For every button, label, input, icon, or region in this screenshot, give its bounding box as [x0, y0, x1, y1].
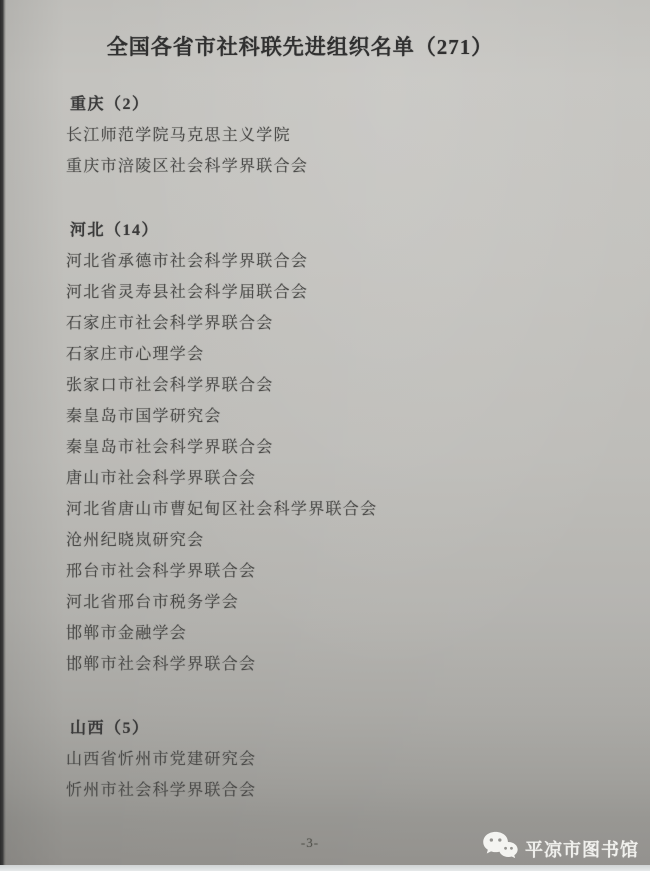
list-item: 邢台市社会科学界联合会	[66, 556, 620, 587]
list-item: 河北省唐山市曹妃甸区社会科学界联合会	[66, 494, 620, 525]
page-edge-shadow	[0, 0, 6, 871]
list-item: 长江师范学院马克思主义学院	[66, 120, 620, 151]
wechat-icon	[482, 831, 518, 866]
list-item: 河北省承德市社会科学界联合会	[66, 246, 620, 277]
watermark-label: 平凉市图书馆	[525, 836, 639, 862]
list-item: 忻州市社会科学界联合会	[66, 775, 620, 806]
list-item: 张家口市社会科学界联合会	[66, 370, 620, 401]
section-header: 重庆（2）	[66, 89, 620, 120]
section-header: 山西（5）	[66, 713, 620, 744]
list-item: 石家庄市社会科学界联合会	[66, 308, 620, 339]
list-item: 山西省忻州市党建研究会	[66, 744, 620, 775]
list-item: 邯郸市金融学会	[66, 618, 620, 649]
list-item: 唐山市社会科学界联合会	[66, 463, 620, 494]
section: 山西（5）山西省忻州市党建研究会忻州市社会科学界联合会	[66, 713, 620, 806]
list-item: 秦皇岛市社会科学界联合会	[66, 432, 620, 463]
page-title: 全国各省市社科联先进组织名单（271）	[0, 31, 625, 61]
list-item: 秦皇岛市国学研究会	[66, 401, 620, 432]
section: 重庆（2）长江师范学院马克思主义学院重庆市涪陵区社会科学界联合会	[66, 89, 620, 182]
list-item: 沧州纪晓岚研究会	[66, 525, 620, 556]
watermark: 平凉市图书馆	[482, 831, 639, 866]
photo-bottom-edge	[0, 865, 650, 871]
list-item: 石家庄市心理学会	[66, 339, 620, 370]
scanned-document-page: 全国各省市社科联先进组织名单（271） 重庆（2）长江师范学院马克思主义学院重庆…	[0, 0, 650, 871]
list-item: 河北省邢台市税务学会	[66, 587, 620, 618]
list-item: 河北省灵寿县社会科学届联合会	[66, 277, 620, 308]
section: 河北（14）河北省承德市社会科学界联合会河北省灵寿县社会科学届联合会石家庄市社会…	[66, 215, 620, 680]
list-item: 重庆市涪陵区社会科学界联合会	[66, 151, 620, 182]
list-item: 邯郸市社会科学界联合会	[66, 649, 620, 680]
sections: 重庆（2）长江师范学院马克思主义学院重庆市涪陵区社会科学界联合会河北（14）河北…	[66, 89, 620, 806]
section-header: 河北（14）	[66, 215, 620, 246]
